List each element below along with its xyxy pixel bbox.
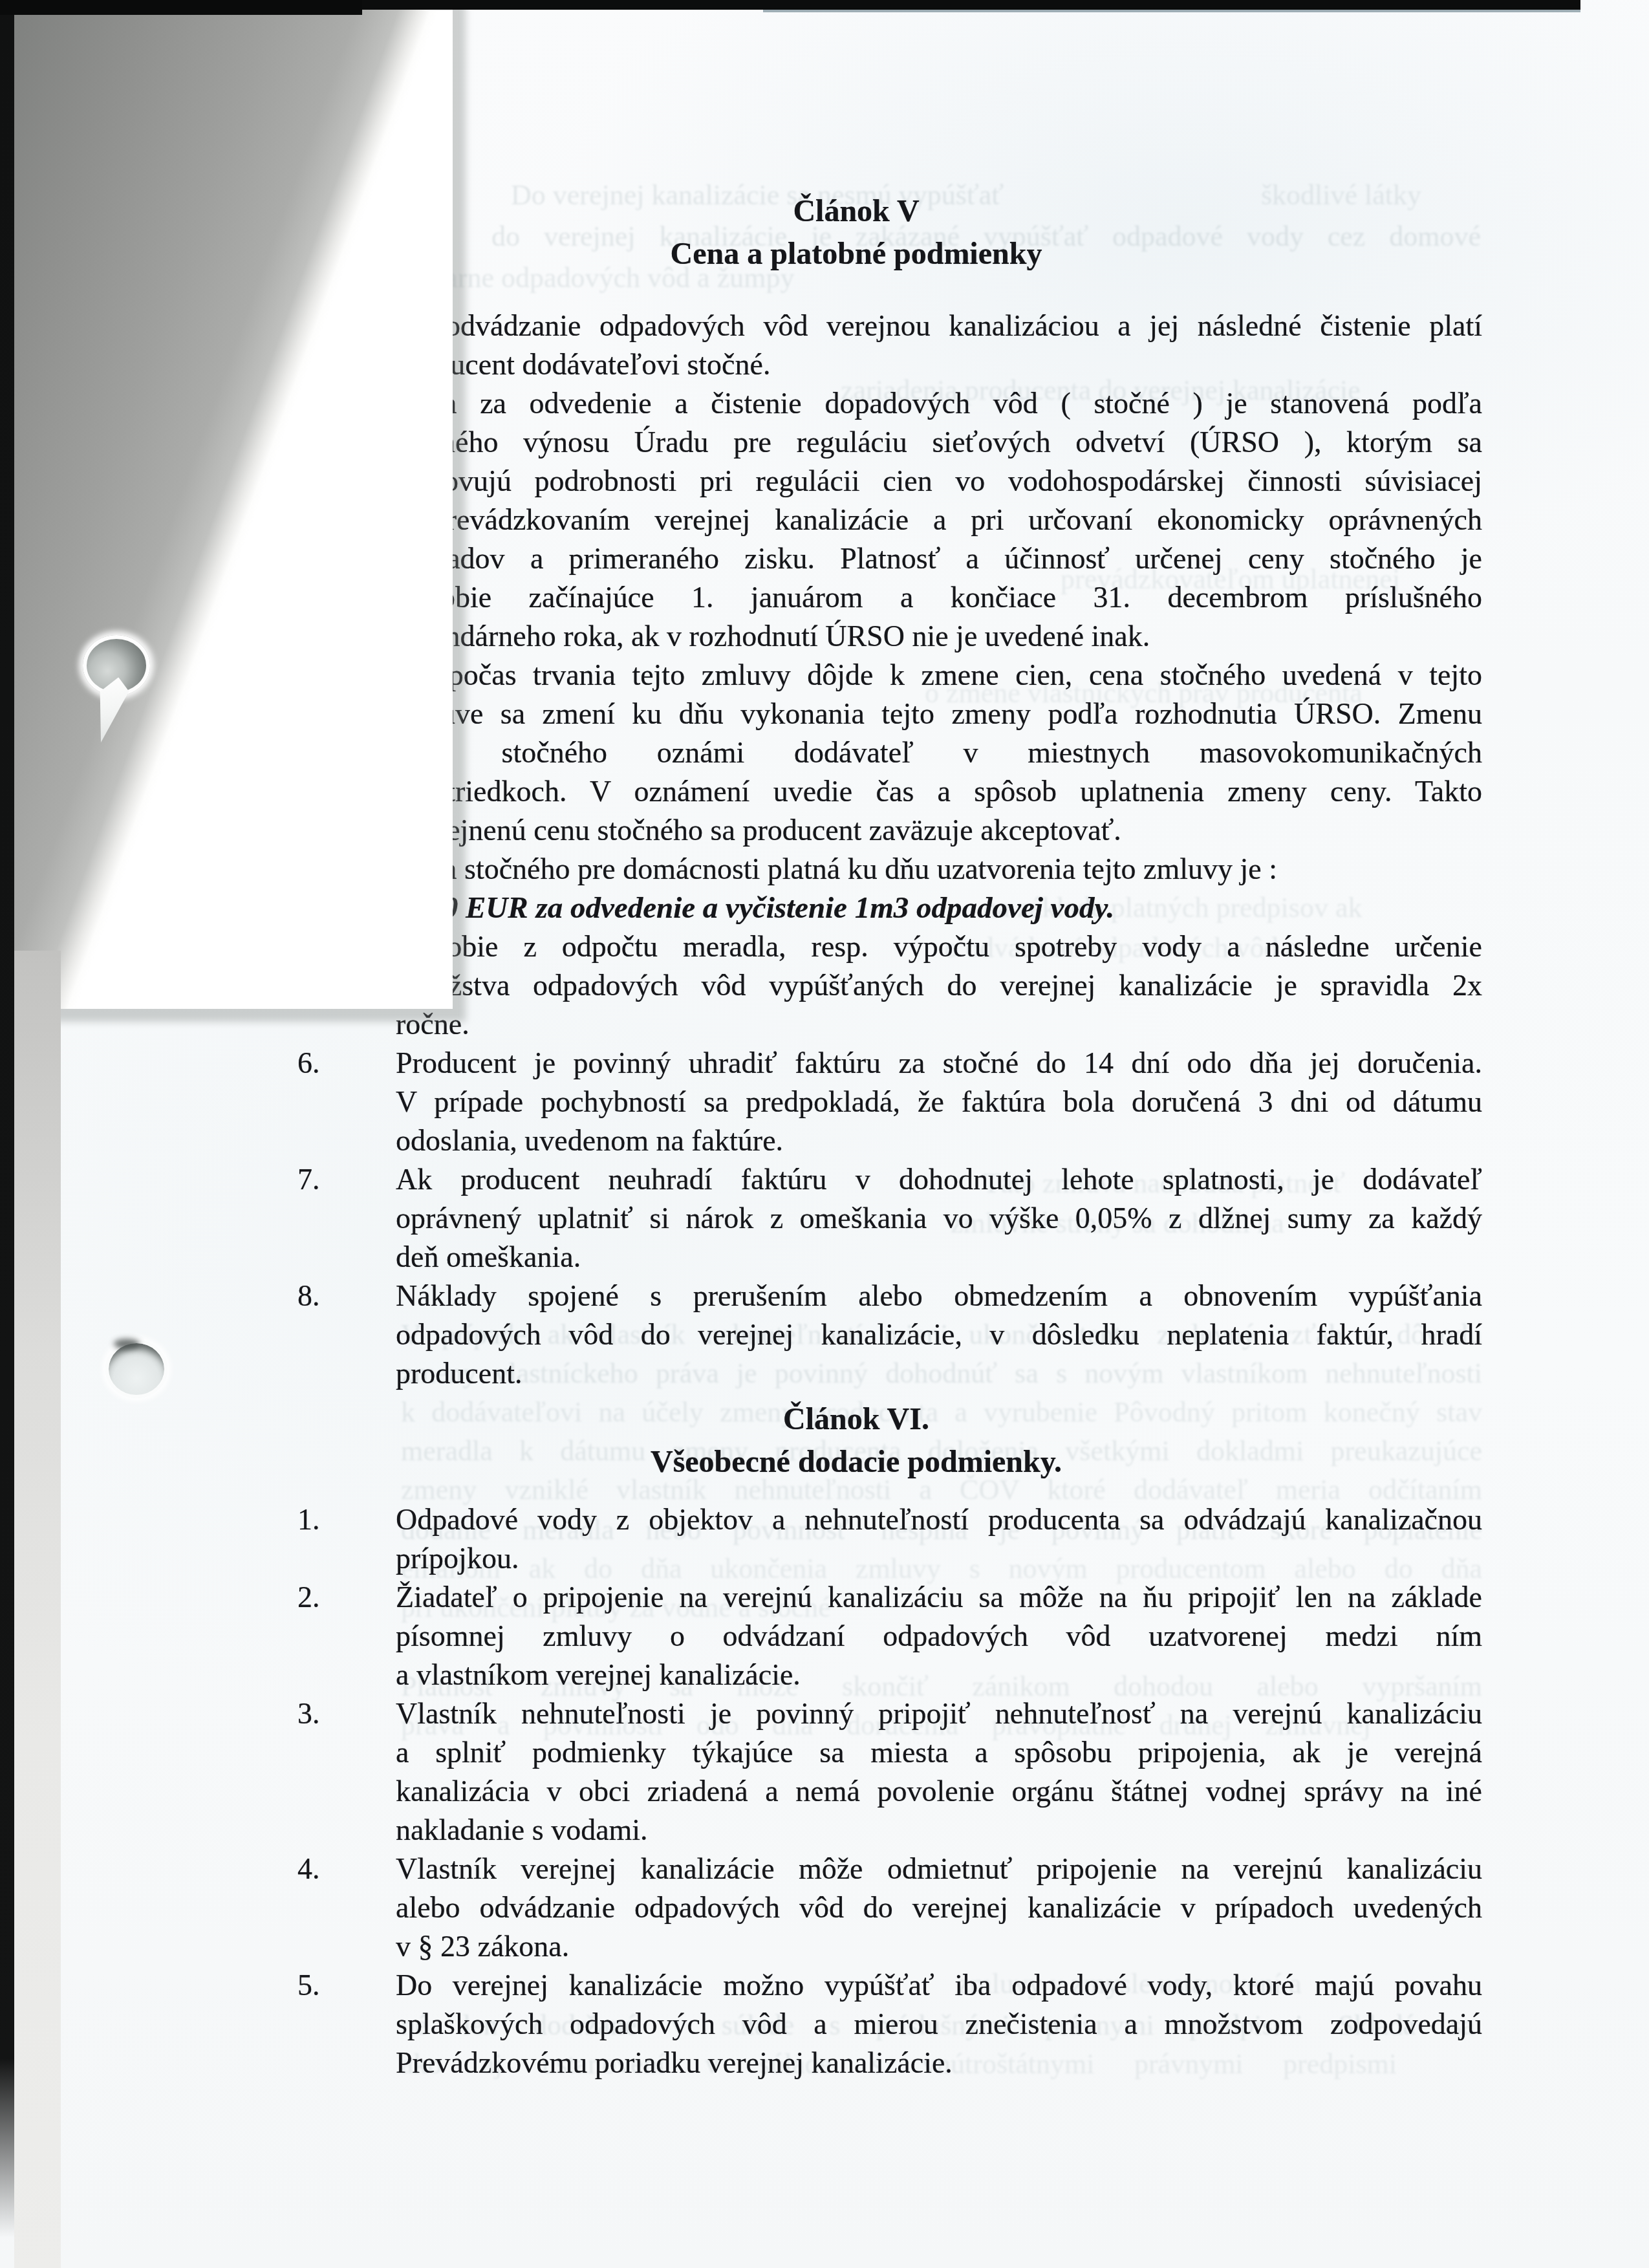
text-line: Za odvádzanie odpadových vôd verejnou ka… <box>396 307 1482 345</box>
text-line: prostriedkoch. V oznámení uvedie čas a s… <box>396 772 1482 811</box>
list-item: 4.Vlastník verejnej kanalizácie môže odm… <box>396 1850 1482 1966</box>
text-line: producent dodávateľovi stočné. <box>396 345 1482 384</box>
list-item: 8.Náklady spojené s prerušením alebo obm… <box>396 1277 1482 1393</box>
item-number: 3. <box>297 1694 320 1733</box>
text-line: prípojkou. <box>396 1539 1482 1578</box>
article-title-line: Článok V <box>313 190 1399 233</box>
text-line: Ak producent neuhradí faktúru v dohodnut… <box>396 1160 1482 1199</box>
scanner-edge-left <box>0 0 14 2238</box>
fold-corner <box>0 0 453 1009</box>
text-line: Vlastník verejnej kanalizácie môže odmie… <box>396 1850 1482 1888</box>
item-number: 8. <box>297 1277 320 1315</box>
text-line: zmluve sa zmení ku dňu vykonania tejto z… <box>396 695 1482 733</box>
article-title-line: Všeobecné dodacie podmienky. <box>313 1441 1399 1484</box>
list-item: 1.Odpadové vody z objektov a nehnuteľnos… <box>396 1500 1482 1578</box>
text-line: Žiadateľ o pripojenie na verejnú kanaliz… <box>396 1578 1482 1617</box>
item-number: 1. <box>297 1500 320 1539</box>
text-line: producent. <box>396 1354 1482 1393</box>
text-line: a splniť podmienky týkajúce sa miesta a … <box>396 1733 1482 1772</box>
text-line: splaškových odpadových vôd a mierou zneč… <box>396 2005 1482 2044</box>
text-line: písomnej zmluvy o odvádzaní odpadových v… <box>396 1617 1482 1656</box>
text-line: alebo odvádzanie odpadových vôd do verej… <box>396 1888 1482 1927</box>
item-number: 4. <box>297 1850 320 1888</box>
document-body: Článok VCena a platobné podmienky1.Za od… <box>396 190 1482 2082</box>
text-line: Do verejnej kanalizácie možno vypúšťať i… <box>396 1966 1482 2005</box>
text-line: ceny stočného oznámi dodávateľ v miestny… <box>396 733 1482 772</box>
list-item: 2.Žiadateľ o pripojenie na verejnú kanal… <box>396 1578 1482 1694</box>
text-line: Cena za odvedenie a čistenie dopadových … <box>396 384 1482 423</box>
text-line: Producent je povinný uhradiť faktúru za … <box>396 1044 1482 1083</box>
text-line: Odpadové vody z objektov a nehnuteľností… <box>396 1500 1482 1539</box>
list-item: 5.Obdobie z odpočtu meradla, resp. výpoč… <box>396 927 1482 1044</box>
article-title-line: Cena a platobné podmienky <box>313 233 1399 275</box>
item-number: 2. <box>297 1578 320 1617</box>
text-line: nákladov a primeraného zisku. Platnosť a… <box>396 539 1482 578</box>
scanned-page: Do verejnej kanalizácie sa nesmú vypúšťa… <box>0 0 1649 2268</box>
text-line: V prípade pochybností sa predpokladá, že… <box>396 1083 1482 1121</box>
text-line: Obdobie z odpočtu meradla, resp. výpočtu… <box>396 927 1482 966</box>
text-line: ročne. <box>396 1005 1482 1044</box>
list-item: 6.Producent je povinný uhradiť faktúru z… <box>396 1044 1482 1160</box>
text-line: kanalizácia v obci zriadená a nemá povol… <box>396 1772 1482 1811</box>
punch-hole-bottom <box>105 1340 167 1398</box>
text-line: Prevádzkovému poriadku verejnej kanalizá… <box>396 2044 1482 2082</box>
price-line: 0,80 EUR za odvedenie a vyčistenie 1m3 o… <box>396 889 1482 927</box>
list-item: 4.Cena stočného pre domácnosti platná ku… <box>396 850 1482 927</box>
text-line: v § 23 zákona. <box>396 1927 1482 1966</box>
text-line: Vlastník nehnuteľnosti je povinný pripoj… <box>396 1694 1482 1733</box>
text-line: nakladanie s vodami. <box>396 1811 1482 1850</box>
text-line: platného výnosu Úradu pre reguláciu sieť… <box>396 423 1482 462</box>
item-number: 7. <box>297 1160 320 1199</box>
text-line: odpadových vôd do verejnej kanalizácie, … <box>396 1315 1482 1354</box>
article-heading: Článok VCena a platobné podmienky <box>313 190 1399 275</box>
item-number: 6. <box>297 1044 320 1083</box>
text-line: Ak počas trvania tejto zmluvy dôjde k zm… <box>396 656 1482 695</box>
text-line: kalendárneho roka, ak v rozhodnutí ÚRSO … <box>396 617 1482 656</box>
scanner-edge-top-highlight <box>763 10 1580 12</box>
item-number: 5. <box>297 1966 320 2005</box>
text-line: obdobie začínajúce 1. januárom a končiac… <box>396 578 1482 617</box>
article-title-line: Článok VI. <box>313 1398 1399 1441</box>
list-item: 3.Vlastník nehnuteľnosti je povinný prip… <box>396 1694 1482 1850</box>
article-heading: Článok VI.Všeobecné dodacie podmienky. <box>313 1398 1399 1484</box>
list-item: 2.Cena za odvedenie a čistenie dopadovýc… <box>396 384 1482 656</box>
text-line: a vlastníkom verejnej kanalizácie. <box>396 1656 1482 1694</box>
text-line: zverejnenú cenu stočného sa producent za… <box>396 811 1482 850</box>
text-line: deň omeškania. <box>396 1238 1482 1277</box>
text-line: odoslania, uvedenom na faktúre. <box>396 1121 1482 1160</box>
punch-hole-bottom-smudge <box>114 1339 140 1349</box>
text-line: množstva odpadových vôd vypúšťaných do v… <box>396 966 1482 1005</box>
text-line: stanovujú podrobnosti pri regulácii cien… <box>396 462 1482 501</box>
scanner-lid-strip-left <box>14 951 61 2268</box>
list-item: 1.Za odvádzanie odpadových vôd verejnou … <box>396 307 1482 384</box>
list-item: 5.Do verejnej kanalizácie možno vypúšťať… <box>396 1966 1482 2082</box>
text-line: oprávnený uplatniť si nárok z omeškania … <box>396 1199 1482 1238</box>
list-item: 3.Ak počas trvania tejto zmluvy dôjde k … <box>396 656 1482 850</box>
scanner-edge-top-left <box>0 0 362 15</box>
text-line: Náklady spojené s prerušením alebo obmed… <box>396 1277 1482 1315</box>
text-line: Cena stočného pre domácnosti platná ku d… <box>396 850 1482 889</box>
list-item: 7.Ak producent neuhradí faktúru v dohodn… <box>396 1160 1482 1277</box>
text-line: s prevádzkovaním verejnej kanalizácie a … <box>396 501 1482 539</box>
